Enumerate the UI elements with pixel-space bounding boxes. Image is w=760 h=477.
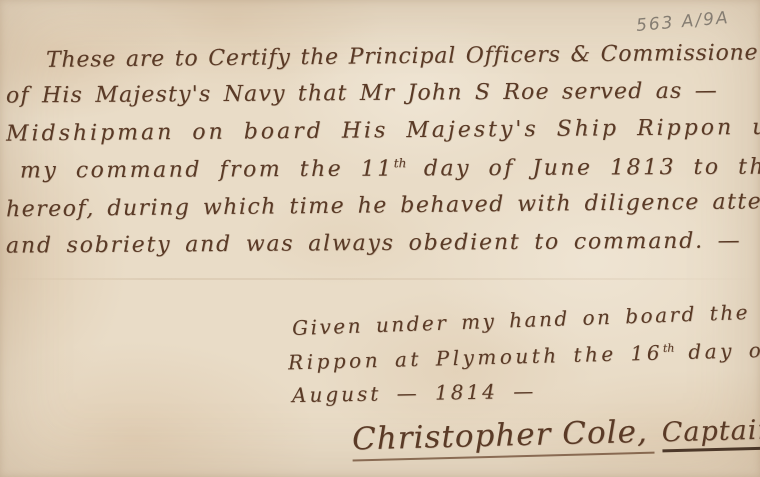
- certificate-line-4: my command from the 11th day of June 181…: [20, 154, 760, 184]
- dateline-line-1: Given under my hand on board the: [292, 300, 751, 340]
- dateline-line-2-post: day of: [674, 338, 760, 365]
- dateline-line-3: August — 1814 —: [292, 379, 537, 407]
- ordinal-superscript: th: [663, 342, 675, 355]
- signature-rank: Captain: [661, 414, 760, 452]
- certificate-line-4-pre: my command from the 11: [20, 157, 394, 184]
- signature-line: Christopher Cole,Captain: [352, 410, 760, 457]
- certificate-line-3: Midshipman on board His Majesty's Ship R…: [6, 114, 760, 146]
- signature-name: Christopher Cole,: [352, 414, 655, 462]
- ordinal-superscript: th: [394, 156, 407, 170]
- dateline-line-2: Rippon at Plymouth the 16th day of: [288, 338, 760, 375]
- fold-crease: [0, 278, 760, 280]
- certificate-line-5: hereof, during which time he behaved wit…: [6, 189, 760, 223]
- certificate-line-4-post: day of June 1813 to the date: [406, 154, 760, 181]
- certificate-line-2: of His Majesty's Navy that Mr John S Roe…: [6, 79, 718, 109]
- certificate-line-1: These are to Certify the Principal Offic…: [46, 40, 760, 73]
- archive-reference-annotation: 563 A/9A: [635, 8, 730, 36]
- manuscript-page: 563 A/9A These are to Certify the Princi…: [0, 0, 760, 477]
- dateline-line-2-pre: Rippon at Plymouth the 16: [288, 341, 664, 375]
- certificate-line-6: and sobriety and was always obedient to …: [6, 228, 742, 258]
